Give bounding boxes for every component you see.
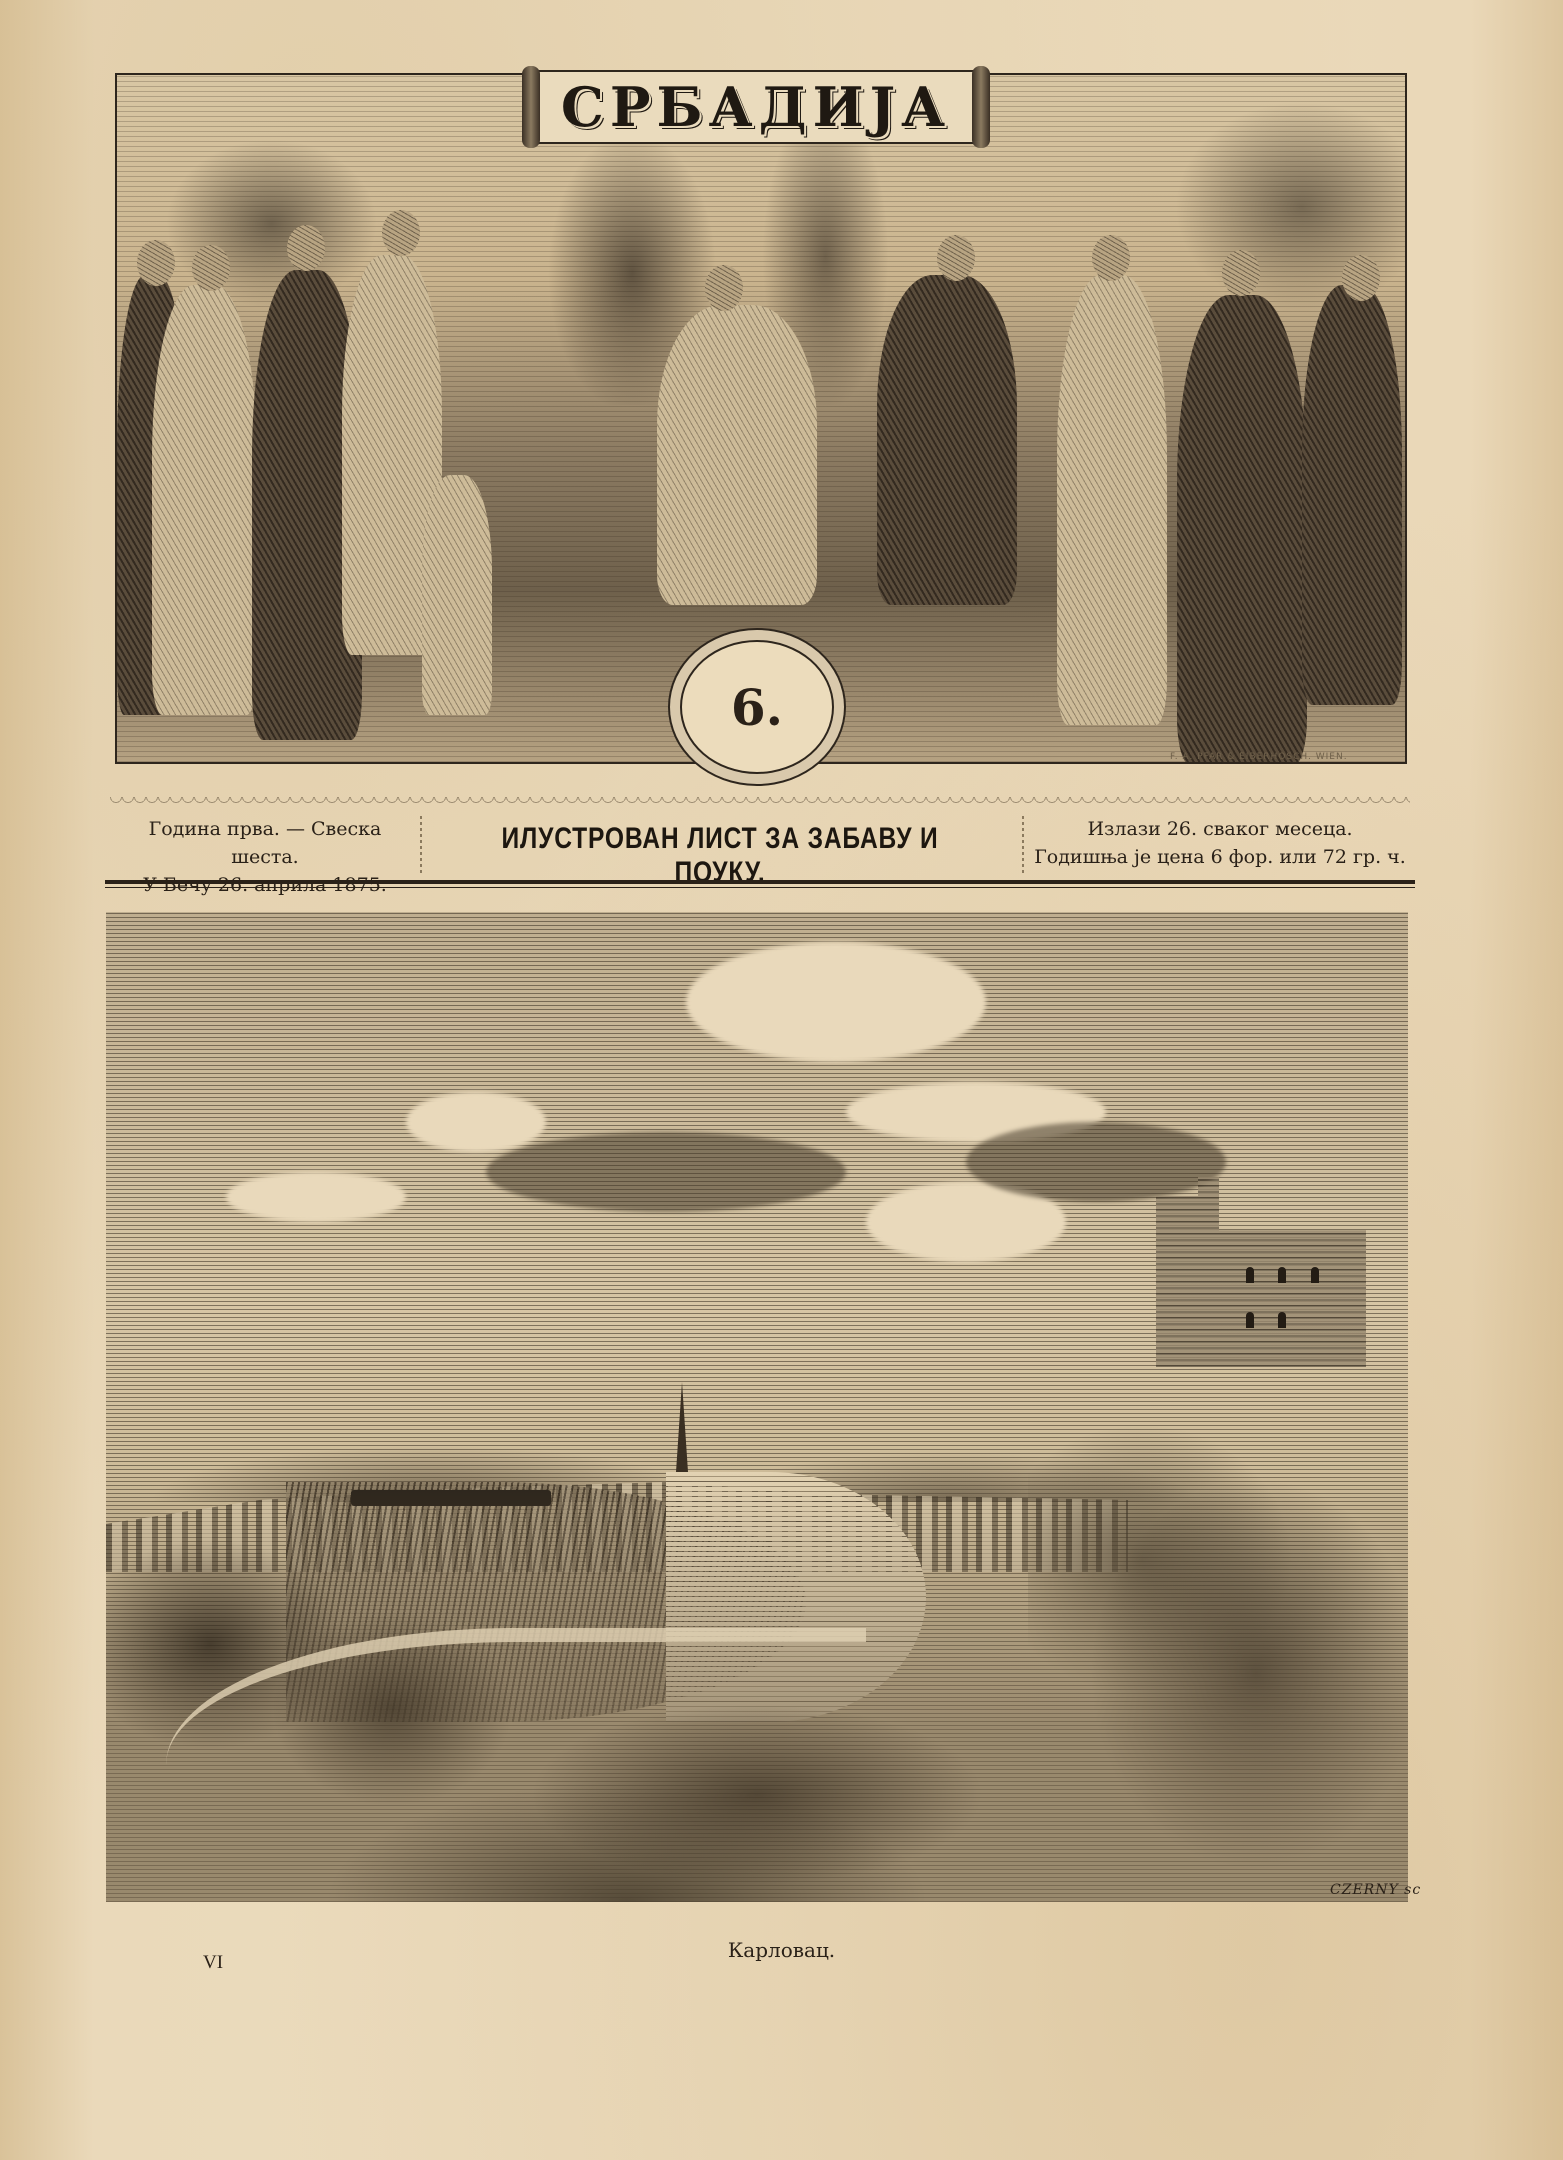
subscription-info: Излази 26. сваког месеца. Годишња је цен… <box>1030 815 1410 871</box>
cloud <box>486 1132 846 1212</box>
place-date-line: У Бечу 26. априла 1875. <box>115 871 415 899</box>
annual-price: Годишња је цена 6 фор. или 72 гр. ч. <box>1030 843 1410 871</box>
page-number: VI <box>203 1952 223 1974</box>
figure-women <box>877 275 1017 605</box>
figure-man <box>1057 275 1167 725</box>
cloud <box>966 1122 1226 1202</box>
column-divider <box>1022 816 1024 874</box>
header-rule <box>105 880 1415 884</box>
figure-head <box>192 245 230 291</box>
figure-man <box>152 285 257 715</box>
figure-child <box>422 475 492 715</box>
figure-head <box>1092 235 1130 281</box>
engraver-credit: F. A. PFAR & EIBERHOSCH. WIEN. <box>1170 752 1348 762</box>
illustration-caption: Карловац. <box>0 1938 1563 1962</box>
karlovac-illustration <box>106 912 1408 1902</box>
figure-man <box>1177 295 1307 764</box>
scroll-ornament-icon <box>972 66 990 148</box>
publication-schedule: Излази 26. сваког месеца. <box>1030 815 1410 843</box>
figure-head <box>937 235 975 281</box>
title-banner: СРБАДИЈА <box>530 70 982 144</box>
window <box>1278 1312 1286 1328</box>
cloud <box>406 1092 546 1152</box>
figure-head <box>382 210 420 256</box>
footpath <box>166 1628 866 1902</box>
figure-head <box>1222 250 1260 296</box>
header-rule <box>105 887 1415 888</box>
figure-gusle-player <box>657 305 817 605</box>
figure-head <box>287 225 325 271</box>
scroll-ornament-icon <box>522 66 540 148</box>
issue-number: 6. <box>731 678 783 737</box>
window <box>1246 1312 1254 1328</box>
cloud <box>226 1172 406 1222</box>
cloud <box>686 942 986 1062</box>
figure-head <box>1342 255 1380 301</box>
volume-issue-line: Година прва. — Свеска шеста. <box>115 815 415 871</box>
artist-signature: CZERNY sc <box>1330 1882 1421 1898</box>
publication-title: СРБАДИЈА <box>561 75 951 139</box>
ornamental-wavy-rule <box>110 797 1410 805</box>
castle-ruin <box>1156 1177 1366 1367</box>
figure-head <box>137 240 175 286</box>
window <box>1311 1267 1319 1283</box>
window <box>1246 1267 1254 1283</box>
window <box>1278 1267 1286 1283</box>
figure-head <box>705 265 743 311</box>
column-divider <box>420 816 422 874</box>
issue-medallion: 6. <box>680 640 834 774</box>
figure-man <box>1302 285 1402 705</box>
